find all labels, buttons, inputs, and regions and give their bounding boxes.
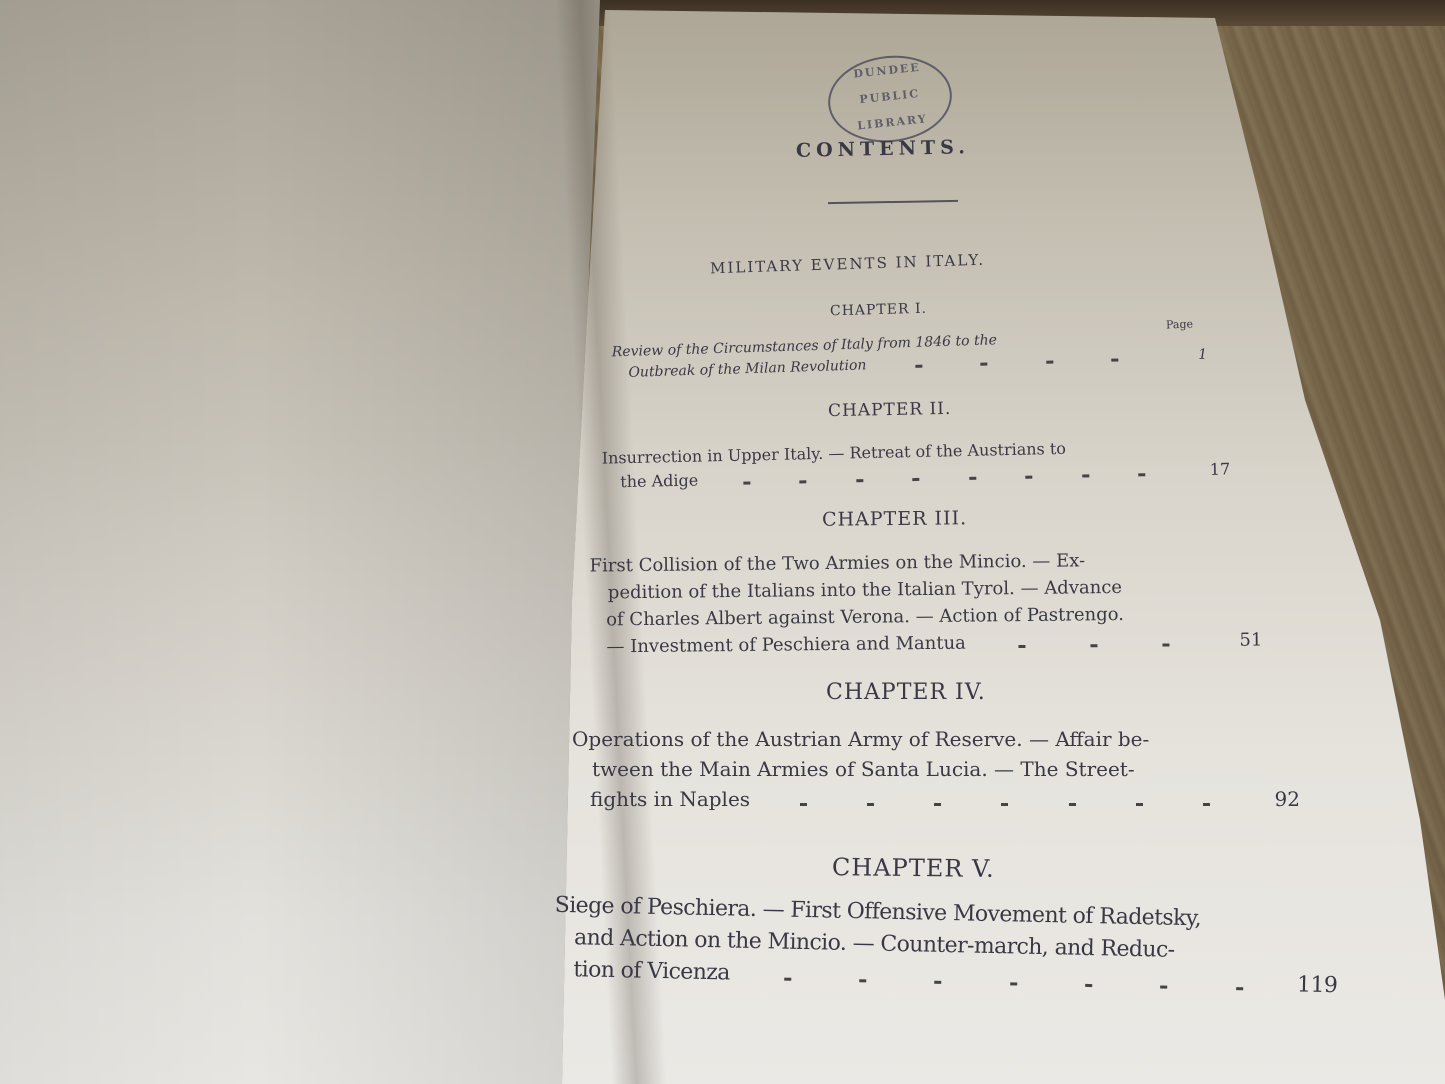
chapter-entry: Insurrection in Upper Italy. — Retreat o… (602, 433, 1231, 494)
chapter-entry: Siege of Peschiera. — First Offensive Mo… (553, 890, 1339, 1002)
stamp-line-3: LIBRARY (832, 110, 953, 135)
chapter-entry: First Collision of the Two Armies on the… (589, 545, 1262, 660)
leader-dots (866, 357, 1167, 369)
section-title: MILITARY EVENTS IN ITALY. (710, 251, 986, 278)
leader-dots (730, 976, 1297, 991)
stamp-line-2: PUBLIC (829, 84, 950, 109)
entry-line: the Adige (620, 469, 698, 495)
page-number: 92 (1260, 784, 1300, 814)
leader-dots (750, 803, 1260, 806)
page-title: CONTENTS. (796, 136, 970, 162)
chapter-heading: CHAPTER V. (832, 853, 995, 883)
page-number: 51 (1222, 626, 1262, 653)
library-stamp: DUNDEE PUBLIC LIBRARY (824, 50, 956, 148)
entry-line: tion of Vicenza (573, 954, 730, 989)
chapter-heading: CHAPTER IV. (826, 680, 986, 705)
contents-page-text: DUNDEE PUBLIC LIBRARY CONTENTS. MILITARY… (0, 0, 1445, 1084)
page-number: 119 (1297, 969, 1338, 1002)
entry-line: — Investment of Peschiera and Mantua (606, 630, 966, 661)
entry-line: Operations of the Austrian Army of Reser… (572, 724, 1300, 754)
chapter-entry: Review of the Circumstances of Italy fro… (611, 324, 1207, 385)
entry-line: tween the Main Armies of Santa Lucia. — … (572, 754, 1300, 784)
chapter-heading: CHAPTER II. (828, 399, 952, 421)
chapter-entry: Operations of the Austrian Army of Reser… (572, 724, 1300, 814)
leader-dots (966, 643, 1223, 649)
page-number: 1 (1167, 345, 1208, 367)
page-number: 17 (1190, 457, 1230, 482)
chapter-heading: CHAPTER I. (830, 301, 927, 320)
leader-dots (698, 472, 1190, 485)
title-divider (828, 200, 958, 204)
stamp-line-1: DUNDEE (827, 58, 948, 83)
entry-line: fights in Naples (590, 784, 750, 814)
chapter-heading: CHAPTER III. (822, 507, 967, 531)
